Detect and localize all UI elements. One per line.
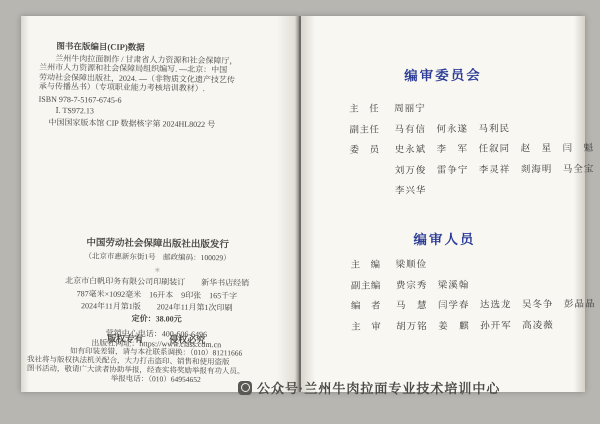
- member-names: 梁顺俭: [396, 260, 428, 271]
- account-watermark: 公众号·兰州牛肉拉面专业技术培训中心: [238, 378, 500, 397]
- role-label: 主 编: [351, 261, 383, 272]
- role-label: 副主任: [349, 125, 381, 136]
- committee-row: 李兴华: [350, 185, 578, 198]
- committee-heading: 编审委员会: [301, 63, 585, 85]
- role-label: [350, 166, 382, 177]
- right-page: 编审委员会 主 任 周丽宁 副主任 马有信 何永遂 马利民 委 员 史永斌 李 …: [301, 16, 585, 392]
- role-label: 编 者: [351, 302, 383, 313]
- watermark-text: 公众号·兰州牛肉拉面专业技术培训中心: [257, 378, 500, 397]
- member-names: 胡万铭 姜 麒 孙开军 高凌薇: [396, 321, 554, 333]
- price-line: 定价：38.00元: [28, 313, 286, 327]
- member-names: 马 慧 闫学春 达选龙 吴冬争 彭晶晶: [396, 300, 596, 313]
- committee-row: 刘万俊 雷争宁 李灵祥 剡海明 马全宝: [350, 164, 578, 177]
- committee-row: 委 员 史永斌 李 军 任叙同 赵 星 闫 魁: [350, 144, 578, 157]
- cip-data-block: 图书在版编目(CIP)数据 兰州牛肉拉面制作 / 甘肃省人力资源和社会保障厅， …: [38, 42, 283, 130]
- staff-row: 主 编 梁顺俭: [351, 259, 579, 272]
- staff-list: 主 编 梁顺俭 副主编 费宗秀 梁溪翰 编 者 马 慧 闫学春 达选龙 吴冬争 …: [351, 259, 580, 343]
- cip-registry-number: 中国国家版本馆 CIP 数据核字第 2024HL8022 号: [48, 118, 282, 130]
- member-names: 李兴华: [395, 186, 427, 197]
- left-page: 图书在版编目(CIP)数据 兰州牛肉拉面制作 / 甘肃省人力资源和社会保障厅， …: [21, 16, 299, 392]
- cip-classification: Ⅰ. TS972.13: [55, 107, 282, 119]
- cip-title: 图书在版编目(CIP)数据: [56, 42, 283, 54]
- staff-row: 主 审 胡万铭 姜 麒 孙开军 高凌薇: [351, 320, 579, 333]
- copyright-notice-right: 侵权必究: [169, 335, 205, 346]
- member-names: 马有信 何永遂 马利民: [394, 124, 510, 136]
- member-names: 刘万俊 雷争宁 李灵祥 剡海明 马全宝: [395, 164, 595, 177]
- camera-icon: [238, 381, 252, 395]
- member-names: 周丽宁: [394, 104, 426, 115]
- committee-row: 副主任 马有信 何永遂 马利民: [349, 123, 577, 136]
- staff-row: 编 者 马 慧 闫学春 达选龙 吴冬争 彭晶晶: [351, 300, 579, 313]
- role-label: 副主编: [351, 281, 383, 292]
- committee-row: 主 任 周丽宁: [349, 103, 577, 116]
- member-names: 史永斌 李 军 任叙同 赵 星 闫 魁: [395, 144, 595, 157]
- role-label: 主 任: [349, 105, 381, 116]
- role-label: [350, 187, 382, 198]
- staff-heading: 编审人员: [302, 227, 586, 249]
- copyright-notice-left: 版权专有: [107, 334, 143, 345]
- role-label: 主 审: [351, 322, 383, 333]
- committee-list: 主 任 周丽宁 副主任 马有信 何永遂 马利民 委 员 史永斌 李 军 任叙同 …: [349, 103, 578, 207]
- role-label: 委 员: [350, 146, 382, 157]
- scanned-book-spread: 图书在版编目(CIP)数据 兰州牛肉拉面制作 / 甘肃省人力资源和社会保障厅， …: [0, 0, 600, 424]
- publisher-line: 中国劳动社会保障出版社出版发行: [29, 238, 287, 252]
- member-names: 费宗秀 梁溪翰: [396, 280, 470, 292]
- staff-row: 副主编 费宗秀 梁溪翰: [351, 279, 579, 292]
- asterisk-watermark-icon: ✳: [154, 265, 160, 275]
